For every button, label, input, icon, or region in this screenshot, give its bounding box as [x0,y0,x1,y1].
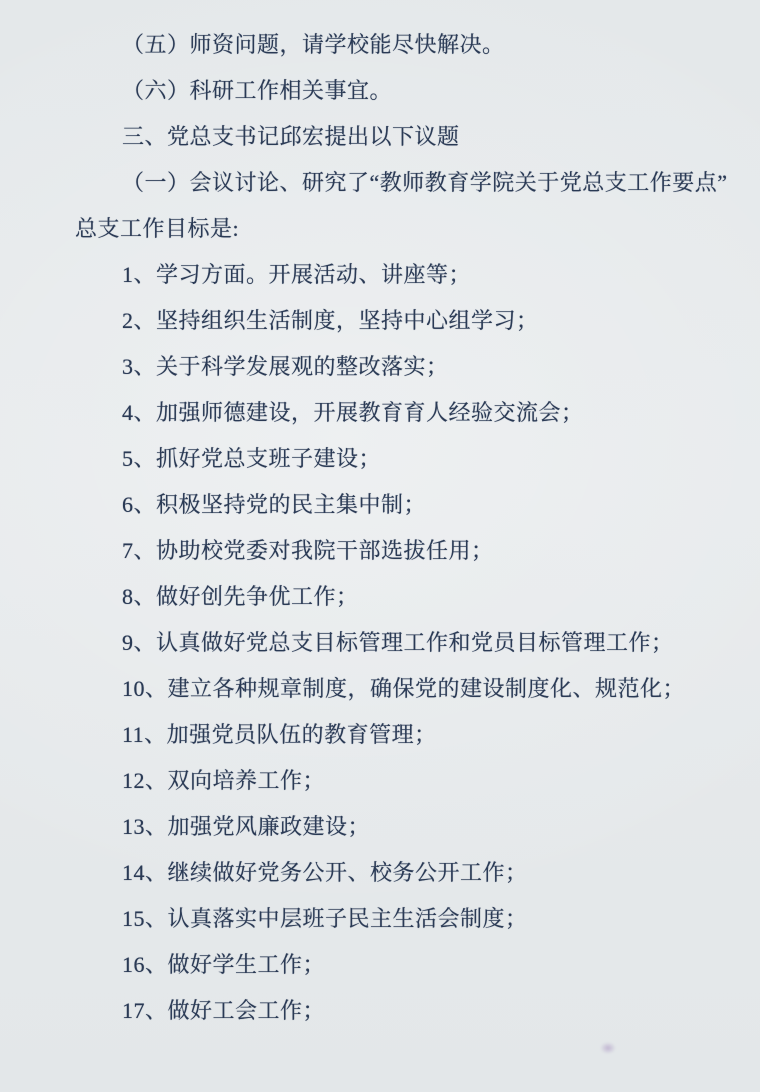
text-line: （一）会议讨论、研究了“教师教育学院关于党总支工作要点” [75,160,705,206]
text-line: 17、做好工会工作； [75,988,705,1034]
text-line: 10、建立各种规章制度，确保党的建设制度化、规范化； [75,666,705,712]
ink-smudge [600,1042,616,1054]
text-line: 7、协助校党委对我院干部选拔任用； [75,528,705,574]
text-line: 4、加强师德建设，开展教育育人经验交流会； [75,390,705,436]
text-line: 9、认真做好党总支目标管理工作和党员目标管理工作； [75,620,705,666]
text-line: 12、双向培养工作； [75,758,705,804]
text-line: （五）师资问题，请学校能尽快解决。 [75,22,705,68]
text-line: （六）科研工作相关事宜。 [75,68,705,114]
text-line: 总支工作目标是: [75,206,705,252]
text-line: 16、做好学生工作； [75,942,705,988]
text-line: 8、做好创先争优工作； [75,574,705,620]
document-body-text: （五）师资问题，请学校能尽快解决。 （六）科研工作相关事宜。 三、党总支书记邱宏… [75,22,705,1034]
text-line: 5、抓好党总支班子建设； [75,436,705,482]
text-line: 2、坚持组织生活制度，坚持中心组学习； [75,298,705,344]
text-line: 三、党总支书记邱宏提出以下议题 [75,114,705,160]
text-line: 15、认真落实中层班子民主生活会制度； [75,896,705,942]
text-line: 3、关于科学发展观的整改落实； [75,344,705,390]
document-page: （五）师资问题，请学校能尽快解决。 （六）科研工作相关事宜。 三、党总支书记邱宏… [0,0,760,1092]
text-line: 11、加强党员队伍的教育管理； [75,712,705,758]
text-line: 14、继续做好党务公开、校务公开工作； [75,850,705,896]
text-line: 6、积极坚持党的民主集中制； [75,482,705,528]
text-line: 13、加强党风廉政建设； [75,804,705,850]
text-line: 1、学习方面。开展活动、讲座等； [75,252,705,298]
